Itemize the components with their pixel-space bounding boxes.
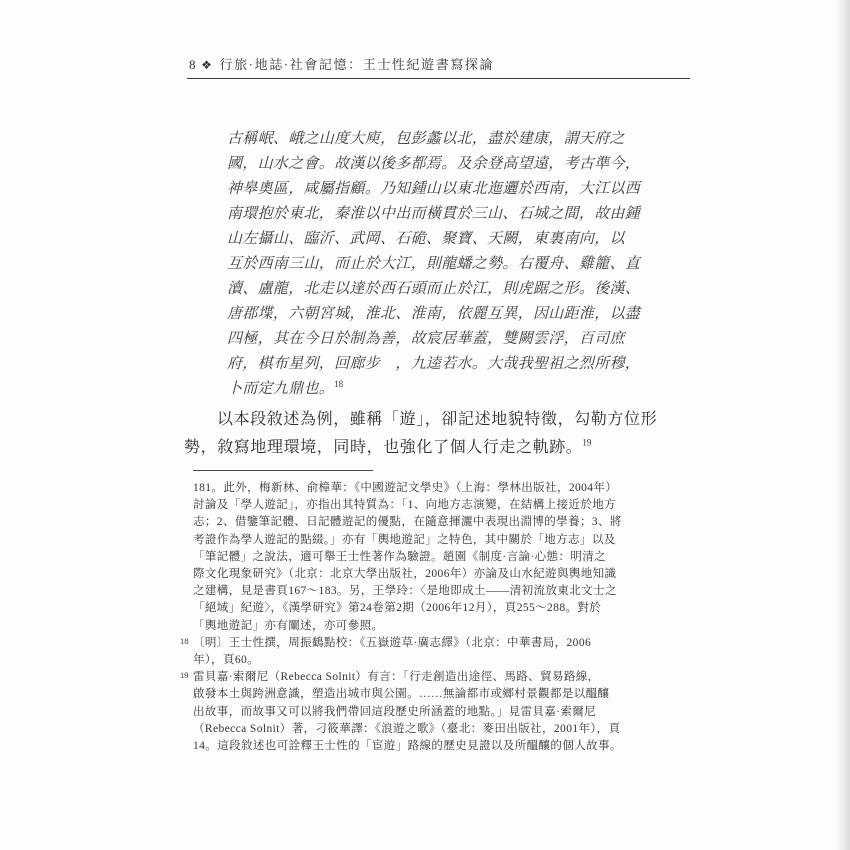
footnote-text: 之建構，見是書頁167～183。另，王學玲：〈是地即成土——清初流放東北文士之 [193,585,617,597]
footnote-line: 際文化現象研究》（北京：北京大學出版社，2006年）亦論及山水紀遊與輿地知識 [193,566,673,583]
footnote-text: 討論及「學人遊記」，亦指出其特質為：「1、向地方志演變，在結構上接近於地方 [193,499,616,511]
body-paragraph: 以本段敘述為例，雖稱「遊」，卻記述地貌特徵，勾勒方位形 勢，敘寫地理環境，同時，… [184,406,684,462]
footnote-line: 14。這段敘述也可詮釋王士性的「宦遊」路線的歷史見證以及所醞釀的個人故事。 [193,738,673,755]
footnote-line: （Rebecca Solnit）著，刁筱華譯：《浪遊之歌》（臺北：麥田出版社，2… [193,721,673,738]
footnote-line: 討論及「學人遊記」，亦指出其特質為：「1、向地方志演變，在結構上接近於地方 [193,497,673,514]
footnote-separator [193,470,373,471]
footnote-line: 之建構，見是書頁167～183。另，王學玲：〈是地即成土——清初流放東北文士之 [193,583,673,600]
footnote-text: 啟發本土與跨洲意識，塑造出城市與公園。……無論都市或鄉村景觀都是以醞釀 [193,688,610,700]
diamond-icon: ❖ [201,58,213,72]
footnote-text: 〔明〕王士性撰，周振鶴點校：《五嶽遊草·廣志繹》（北京：中華書局，2006 [193,637,591,649]
footnote-text: （Rebecca Solnit）著，刁筱華譯：《浪遊之歌》（臺北：麥田出版社，2… [193,723,620,735]
footnote-line: 「筆記體」之說法，適可舉王士性著作為驗證。趙園《制度·言論·心態：明清之 [193,549,673,566]
footnote-text: 「筆記體」之說法，適可舉王士性著作為驗證。趙園《制度·言論·心態：明清之 [193,551,606,563]
footnotes: 181。此外，梅新林、俞樟華：《中國遊記文學史》（上海：學林出版社，2004年）… [193,480,673,755]
footnote-ref-18: 18 [334,379,343,389]
footnote-text: 年），頁60。 [193,654,259,666]
footnote-line: 「絕域」紀遊〉，《漢學研究》第24卷第2期（2006年12月），頁255～288… [193,600,673,617]
quote-line-text: 卜而定九鼎也。 [227,381,334,397]
footnote-line: 181。此外，梅新林、俞樟華：《中國遊記文學史》（上海：學林出版社，2004年） [193,480,673,497]
footnote-line: 年），頁60。 [193,652,673,669]
footnote-line: 「輿地遊記」亦有闡述，亦可參照。 [193,618,673,635]
footnote-text: 雷貝嘉·索爾尼（Rebecca Solnit）有言：「行走創造出途徑、馬路、貿易… [193,671,600,683]
footnote-text: 181。此外，梅新林、俞樟華：《中國遊記文學史》（上海：學林出版社，2004年） [193,482,617,494]
footnote-text: 「絕域」紀遊〉，《漢學研究》第24卷第2期（2006年12月），頁255～288… [193,602,601,614]
footnote-line: 出故事，而故事又可以將我們帶回這段歷史所涵蓋的地點。」見雷貝嘉·索爾尼 [193,704,673,721]
footnote-line: 考證作為學人遊記的點綴。」亦有「輿地遊記」之特色，其中關於「地方志」以及 [193,532,673,549]
page-edge-shadow [836,0,850,850]
quote-line: 古稱岷、峨之山度大庾，包彭蠡以北，盡於建康，謂天府之 [227,127,667,152]
quote-line: 四極，其在今日於制為善，故宸居華蓋，雙闕雲浮，百司庶 [227,327,667,352]
running-title: 行旅·地誌·社會記憶：王士性紀遊書寫探論 [219,57,494,72]
footnote-text: 出故事，而故事又可以將我們帶回這段歷史所涵蓋的地點。」見雷貝嘉·索爾尼 [193,706,596,718]
footnote-text: 際文化現象研究》（北京：北京大學出版社，2006年）亦論及山水紀遊與輿地知識 [193,568,616,580]
paragraph-line: 勢，敘寫地理環境，同時，也強化了個人行走之軌跡。19 [184,434,684,462]
footnote-line: 啟發本土與跨洲意識，塑造出城市與公園。……無論都市或鄉村景觀都是以醞釀 [193,686,673,703]
quote-line: 山左攝山、臨沂、武岡、石硊、聚寶、天闕，東裏南向，以 [227,227,667,252]
footnote-text: 「輿地遊記」亦有闡述，亦可參照。 [193,620,383,632]
footnote-line: 18〔明〕王士性撰，周振鶴點校：《五嶽遊草·廣志繹》（北京：中華書局，2006 [193,635,673,652]
footnote-text: 考證作為學人遊記的點綴。」亦有「輿地遊記」之特色，其中關於「地方志」以及 [193,534,616,546]
quote-line: 國，山水之會。故漢以後多都焉。及余登高望遠，考古準今， [227,152,667,177]
footnote-text: 14。這段敘述也可詮釋王士性的「宦遊」路線的歷史見證以及所醞釀的個人故事。 [193,740,622,752]
footnote-text: 志；2、借鑒筆記體、日記體遊記的優點，在隨意揮灑中表現出淵博的學養；3、將 [193,516,622,528]
footnote-ref-19: 19 [582,438,591,448]
paragraph-line-text: 勢，敘寫地理環境，同時，也強化了個人行走之軌跡。 [184,439,582,456]
paragraph-line: 以本段敘述為例，雖稱「遊」，卻記述地貌特徵，勾勒方位形 [184,406,684,434]
quote-line: 府，棋布星列，回廊步 ，九逵若水。大哉我聖祖之烈所穆， [227,352,667,377]
quote-line: 神皋奧區，咸屬指顧。乃知鍾山以東北迤邐於西南，大江以西 [227,177,667,202]
header-rule [187,78,690,79]
book-page: 8❖行旅·地誌·社會記憶：王士性紀遊書寫探論 古稱岷、峨之山度大庾，包彭蠡以北，… [0,0,850,850]
footnote-marker: 19 [180,667,189,684]
quote-line: 瀆、盧龍，北走以達於西石頭而止於江，則虎踞之形。後漢、 [227,277,667,302]
page-number: 8 [189,57,197,72]
quote-line: 南環抱於東北，秦淮以中出而橫貫於三山、石城之間，故由鍾 [227,202,667,227]
page-header: 8❖行旅·地誌·社會記憶：王士性紀遊書寫探論 [189,54,494,73]
footnote-line: 志；2、借鑒筆記體、日記體遊記的優點，在隨意揮灑中表現出淵博的學養；3、將 [193,514,673,531]
quote-line: 卜而定九鼎也。18 [227,377,667,402]
block-quote: 古稱岷、峨之山度大庾，包彭蠡以北，盡於建康，謂天府之 國，山水之會。故漢以後多都… [227,127,667,402]
footnote-line: 19雷貝嘉·索爾尼（Rebecca Solnit）有言：「行走創造出途徑、馬路、… [193,669,673,686]
quote-line: 互於西南三山，而止於大江，則龍蟠之勢。右覆舟、雞籠、直 [227,252,667,277]
quote-line: 唐郡堞，六朝宮城，淮北、淮南，依麗互異，因山距淮，以盡 [227,302,667,327]
footnote-marker: 18 [180,633,189,650]
